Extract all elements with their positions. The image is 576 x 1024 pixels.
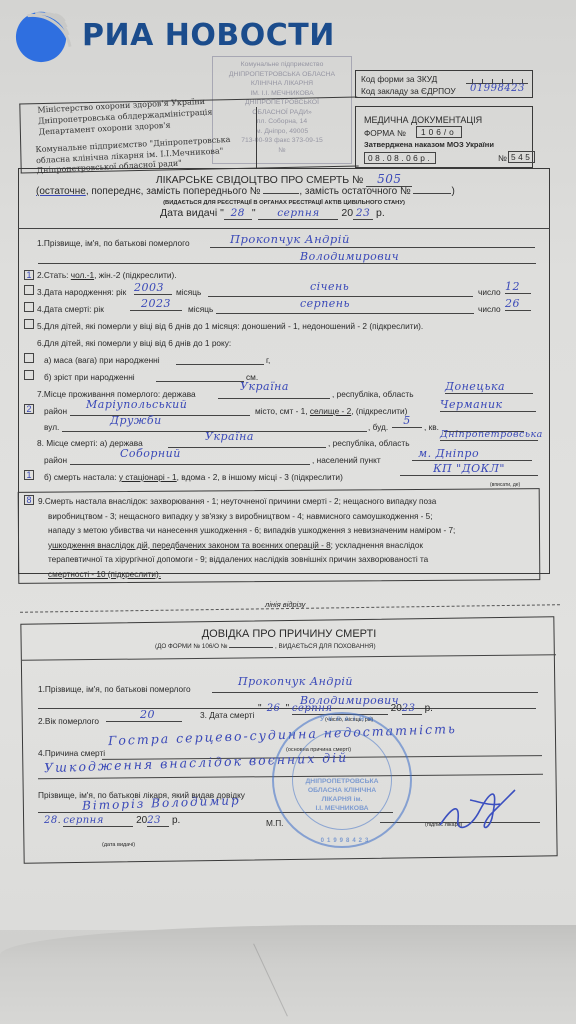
cause-war-operations-selected: ушкодження внаслідок дій, передбачених з… [48, 541, 331, 550]
notice-deceased-name: Прокопчук Андрій [238, 675, 353, 688]
notice-issue-day: 28 [44, 815, 58, 826]
notice-subtitle: (ДО ФОРМИ № 106/О № , ВИДАЄТЬСЯ ДЛЯ ПОХО… [155, 643, 376, 650]
residence-street: Дружби [110, 414, 162, 427]
f7-checkbox[interactable]: 2 [24, 404, 34, 414]
final-number-field[interactable] [413, 193, 451, 194]
residence-region: Донецька [445, 380, 533, 394]
age-label: 2.Вік померлого [38, 716, 99, 726]
f6a-checkbox[interactable] [24, 353, 34, 363]
residence-city: Черманик [440, 398, 536, 412]
f5-label: 5.Для дітей, які померли у віці від 6 дн… [37, 321, 423, 331]
ria-globe-icon [14, 6, 72, 64]
stamp-code: 01998423 [300, 838, 392, 844]
f1-label: 1.Прізвище, ім'я, по батькові померлого [37, 238, 190, 248]
death-in-hospital: у стаціонарі - 1 [119, 472, 177, 482]
ria-brand-text: РИА НОВОСТИ [82, 18, 335, 53]
f6b-label: б) зріст при народженні [44, 372, 135, 382]
cause-label: 4.Причина смерті [38, 748, 105, 758]
certificate-number: 505 [366, 172, 412, 187]
deceased-patronymic: Володимирович [300, 250, 399, 263]
notice-issue-date: 28. серпня 2023 р. [44, 815, 180, 827]
doctor-signature [430, 770, 530, 840]
order-num-label: № [498, 153, 507, 163]
edrpou-value: 01998423 [470, 83, 525, 94]
certificate-note: (ВИДАЄТЬСЯ ДЛЯ РЕЄСТРАЦІЇ В ОРГАНАХ РЕЄС… [18, 200, 550, 206]
skud-label: Код форми за ЗКУД [361, 74, 437, 84]
issue-day: 28 [224, 207, 252, 220]
paper-fold [0, 925, 576, 1024]
f2-checkbox[interactable]: 1 [24, 270, 34, 280]
f3-checkbox[interactable] [24, 285, 34, 295]
f9-checkbox[interactable]: 8 [24, 495, 34, 505]
stamp-country: УКРАЇНА [320, 716, 377, 723]
f9-cause-category: 9.Смерть настала внаслідок: захворювання… [38, 495, 455, 582]
sex-male-selected: чол.-1 [71, 270, 94, 280]
notice-death-year: 23 [402, 703, 422, 715]
seal-place-label: М.П. [266, 818, 284, 828]
notice-death-day: 26 [262, 703, 286, 714]
f2-sex: 2.Стать: чол.-1, жін.-2 (підкреслити). [37, 270, 177, 280]
f8b-label: б) смерть настала: у стаціонарі - 1, вдо… [44, 472, 343, 482]
death-year: 2023 [130, 297, 182, 311]
birth-month: січень [310, 280, 349, 293]
order-num-value: 545 [508, 151, 535, 163]
f5-checkbox[interactable] [24, 319, 34, 329]
birth-height-field[interactable] [156, 381, 244, 382]
f4-checkbox[interactable] [24, 302, 34, 312]
certificate-variants: (остаточне, попереднє, замість попереднь… [36, 186, 455, 197]
med-doc-title: МЕДИЧНА ДОКУМЕНТАЦІЯ [364, 115, 482, 125]
death-place-region: Дніпропетровська [440, 429, 538, 441]
form-ref-number-field[interactable] [229, 647, 273, 648]
med-doc-box: МЕДИЧНА ДОКУМЕНТАЦІЯ ФОРМА № 106/о Затве… [355, 106, 533, 168]
deceased-name: Прокопчук Андрій [230, 232, 350, 246]
f6a-label: а) маса (вага) при народженні [44, 355, 160, 365]
approved-by: Затверджена наказом МОЗ України [364, 140, 494, 149]
form-number-label: ФОРМА № [364, 128, 406, 138]
notice-death-date-label: 3. Дата смерті [200, 710, 254, 720]
issue-month: серпня [258, 207, 338, 220]
f6b-checkbox[interactable] [24, 370, 34, 380]
edrpou-label: Код закладу за ЄДРПОУ [361, 86, 456, 96]
f3-birth-label: 3.Дата народження: рік [37, 287, 126, 297]
notice-f1-label: 1.Прізвище, ім'я, по батькові померлого [38, 684, 191, 694]
previous-number-field[interactable] [263, 193, 299, 194]
notice-issue-month: серпня [63, 815, 133, 827]
certificate-title-row: ЛІКАРСЬКЕ СВІДОЦТВО ПРО СМЕРТЬ № 505 [18, 172, 550, 187]
f8b-checkbox[interactable]: 1 [24, 470, 34, 480]
deceased-age: 20 [106, 708, 182, 722]
death-place-country: Україна [205, 430, 254, 443]
death-day: 26 [505, 297, 531, 311]
form-number-value: 106/о [416, 126, 462, 138]
birth-day: 12 [505, 280, 531, 294]
notice-title: ДОВІДКА ПРО ПРИЧИНУ СМЕРТІ [22, 628, 556, 640]
residence-district: Маріупольський [86, 398, 187, 411]
f4-death-label: 4.Дата смерті: рік [37, 304, 104, 314]
death-place-district: Соборний [120, 447, 181, 460]
residence-country: Україна [240, 380, 289, 393]
birth-year: 2003 [134, 281, 172, 295]
notice-issue-year: 23 [147, 815, 169, 827]
codes-box: Код форми за ЗКУД Код закладу за ЄДРПОУ … [355, 70, 533, 98]
header-divider [256, 107, 358, 169]
death-place-facility: КП "ДОКЛ" [400, 462, 538, 476]
residence-house: 5 [392, 414, 422, 428]
issue-date-label: Дата видачі [160, 207, 217, 219]
death-month: серпень [300, 297, 350, 310]
f6-label: 6.Для дітей, які померли у віці від 6 дн… [37, 338, 231, 348]
death-place-city: м. Дніпро [412, 447, 532, 461]
settlement-type: місто, смт - 1, селище - 2, (підкреслити… [255, 406, 407, 416]
issue-year: 23 [353, 207, 373, 220]
birth-weight-field[interactable] [176, 364, 264, 365]
approval-date: 08.08.06р. [364, 152, 436, 164]
stamp-center-text: ДНІПРОПЕТРОВСЬКА ОБЛАСНА КЛІНІЧНА ЛІКАРН… [296, 777, 388, 813]
divider [18, 228, 550, 229]
issue-date-row: Дата видачі "28" серпня 2023 р. [160, 207, 385, 220]
certificate-title: ЛІКАРСЬКЕ СВІДОЦТВО ПРО СМЕРТЬ № [156, 174, 364, 186]
variant-final: (остаточне [36, 186, 86, 197]
